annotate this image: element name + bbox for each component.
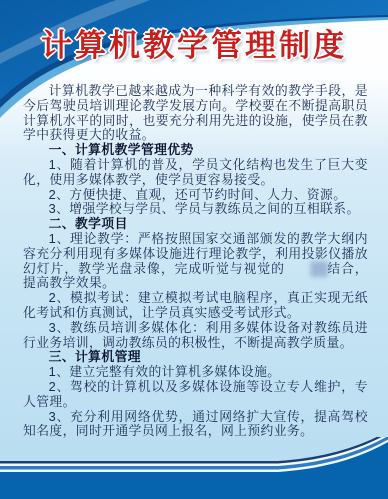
poster-title: 计算机教学管理制度 [0,20,388,65]
section-item: 3、充分利用网络优势，通过网络扩大宣传，提高驾校知名度，同时开通学员网上报名，网… [23,410,368,440]
section-item: 3、教练员培训多媒体化：利用多媒体设备对教练员进行业务培训，调动教练员的积极性，… [23,321,368,351]
redacted-text: ██ [285,262,327,277]
section-item: 2、驾校的计算机以及多媒体设施等设立专人维护，专人管理。 [23,380,368,410]
poster: 计算机教学管理制度 计算机教学已越来越成为一种科学有效的教学手段，是今后驾驶员培… [0,0,388,499]
sections: 一、计算机教学管理优势1、随着计算机的普及，学员文化结构也发生了巨大变化，使用多… [23,143,368,439]
section-item: 1、理论教学：严格按照国家交通部颁发的教学大纲内容充分利用现有多媒体设施进行理论… [23,232,368,291]
section-item: 1、随着计算机的普及，学员文化结构也发生了巨大变化，使用多媒体教学，使学员更容易… [23,158,368,188]
section-heading: 一、计算机教学管理优势 [23,143,368,158]
section-item: 2、模拟考试：建立模拟考试电脑程序，真正实现无纸化考试和仿真测试，让学员真实感受… [23,291,368,321]
section-item: 3、增强学校与学员、学员与教练员之间的互相联系。 [23,202,368,217]
bottom-wave-decoration [0,437,388,499]
section-item: 2、方便快捷、直观，还可节约时间、人力、资源。 [23,188,368,203]
section-item: 1、建立完整有效的计算机多媒体设施。 [23,365,368,380]
section-heading: 三、计算机管理 [23,350,368,365]
intro-paragraph: 计算机教学已越来越成为一种科学有效的教学手段，是今后驾驶员培训理论教学发展方向。… [23,84,368,143]
poster-body: 计算机教学已越来越成为一种科学有效的教学手段，是今后驾驶员培训理论教学发展方向。… [23,84,368,439]
section-heading: 二、教学项目 [23,217,368,232]
